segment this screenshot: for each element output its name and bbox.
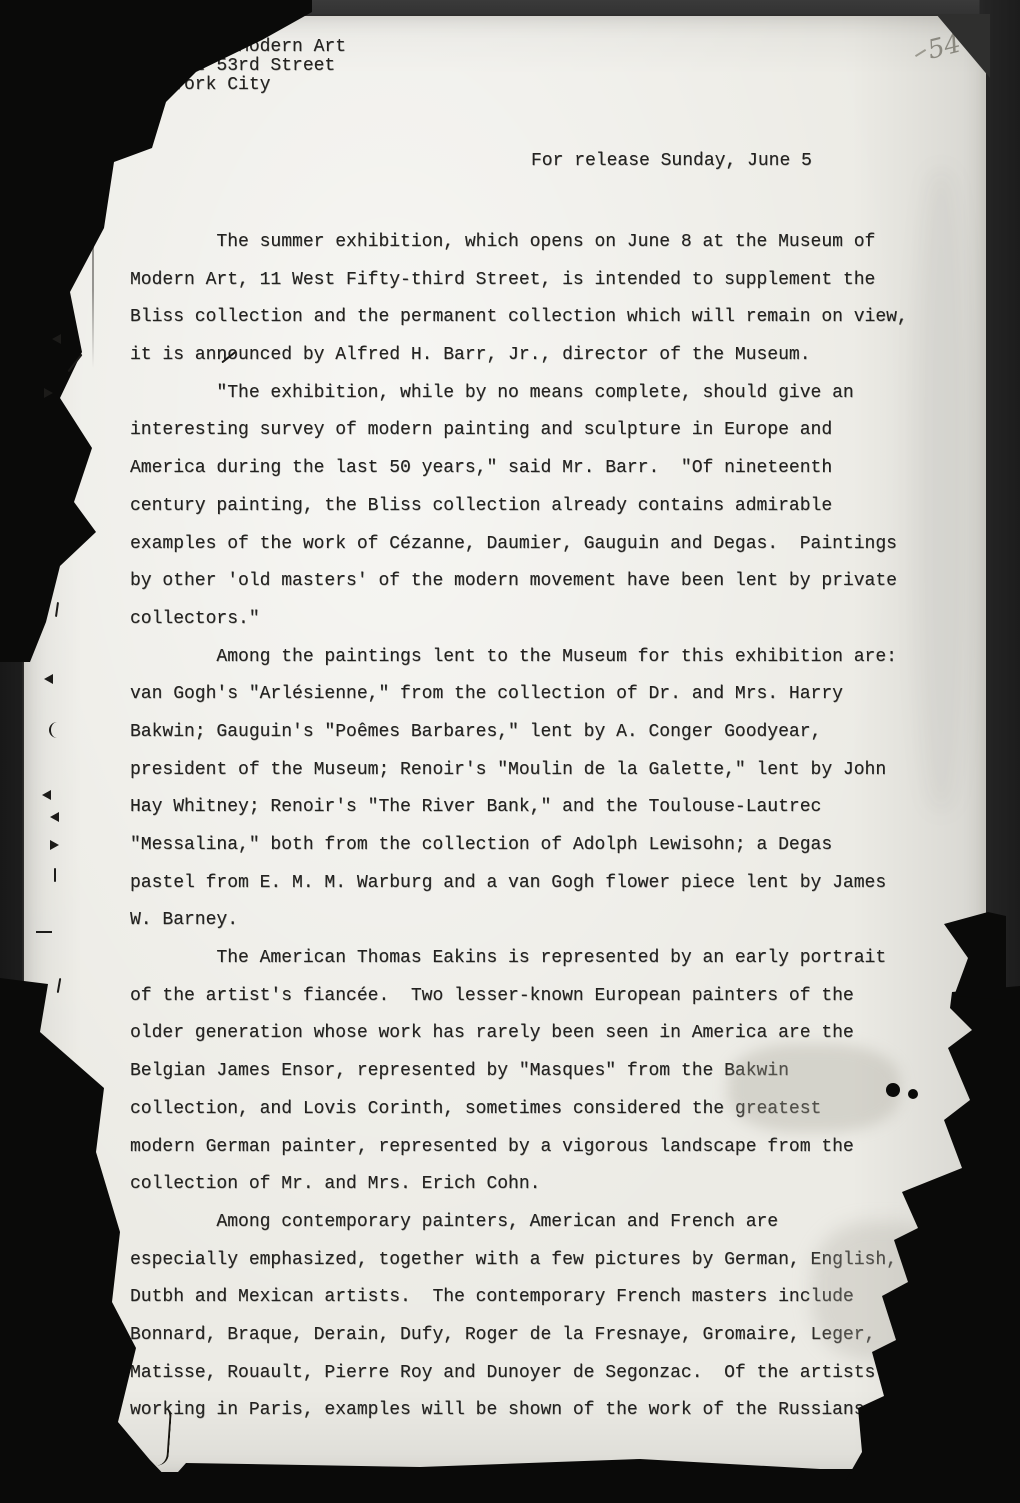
- body-line: examples of the work of Cézanne, Daumier…: [130, 526, 908, 564]
- body-line: America during the last 50 years," said …: [130, 450, 908, 488]
- body-line: interesting survey of modern painting an…: [130, 412, 908, 450]
- body-line: modern German painter, represented by a …: [130, 1129, 908, 1167]
- body-line: "Messalina," both from the collection of…: [130, 827, 908, 865]
- body-line: collectors.": [130, 601, 908, 639]
- paper-fold-line: [92, 56, 94, 368]
- body-line: Bonnard, Braque, Derain, Dufy, Roger de …: [130, 1317, 908, 1355]
- body-line: older generation whose work has rarely b…: [130, 1015, 908, 1053]
- body-line: The American Thomas Eakins is represente…: [130, 940, 908, 978]
- org-name: Museum of Modern Art: [130, 38, 346, 57]
- body-line: van Gogh's "Arlésienne," from the collec…: [130, 676, 908, 714]
- body-line: collection, and Lovis Corinth, sometimes…: [130, 1091, 908, 1129]
- body-line: it is announced by Alfred H. Barr, Jr., …: [130, 337, 908, 375]
- body-line: pastel from E. M. M. Warburg and a van G…: [130, 865, 908, 903]
- scanned-press-release-page: 54 Museum of Modern Art11 West 53rd Stre…: [0, 0, 1020, 1503]
- body-line: century painting, the Bliss collection a…: [130, 488, 908, 526]
- body-line: Matisse, Rouault, Pierre Roy and Dunoyer…: [130, 1355, 908, 1393]
- body-line: Dutbh and Mexican artists. The contempor…: [130, 1279, 908, 1317]
- body-line: Belgian James Ensor, represented by "Mas…: [130, 1053, 908, 1091]
- body-line: The summer exhibition, which opens on Ju…: [130, 224, 908, 262]
- body-line: Among the paintings lent to the Museum f…: [130, 639, 908, 677]
- body-line: by other 'old masters' of the modern mov…: [130, 563, 908, 601]
- body-line: Among contemporary painters, American an…: [130, 1204, 908, 1242]
- body-line: Hay Whitney; Renoir's "The River Bank," …: [130, 789, 908, 827]
- body-line: Bliss collection and the permanent colle…: [130, 299, 908, 337]
- body-line: "The exhibition, while by no means compl…: [130, 375, 908, 413]
- letterhead: Museum of Modern Art11 West 53rd StreetN…: [130, 38, 346, 95]
- org-address-city: New York City: [130, 76, 346, 95]
- body-line: collection of Mr. and Mrs. Erich Cohn.: [130, 1166, 908, 1204]
- body-line: Modern Art, 11 West Fifty-third Street, …: [130, 262, 908, 300]
- body-line: of the artist's fiancée. Two lesser-know…: [130, 978, 908, 1016]
- body-line: working in Paris, examples will be shown…: [130, 1392, 908, 1430]
- org-address-street: 11 West 53rd Street: [130, 57, 346, 76]
- body-line: Bakwin; Gauguin's "Poêmes Barbares," len…: [130, 714, 908, 752]
- body-line: president of the Museum; Renoir's "Mouli…: [130, 752, 908, 790]
- body-line: especially emphasized, together with a f…: [130, 1242, 908, 1280]
- release-line: For release Sunday, June 5: [531, 151, 812, 171]
- body-line: W. Barney.: [130, 902, 908, 940]
- body-text: The summer exhibition, which opens on Ju…: [130, 224, 908, 1430]
